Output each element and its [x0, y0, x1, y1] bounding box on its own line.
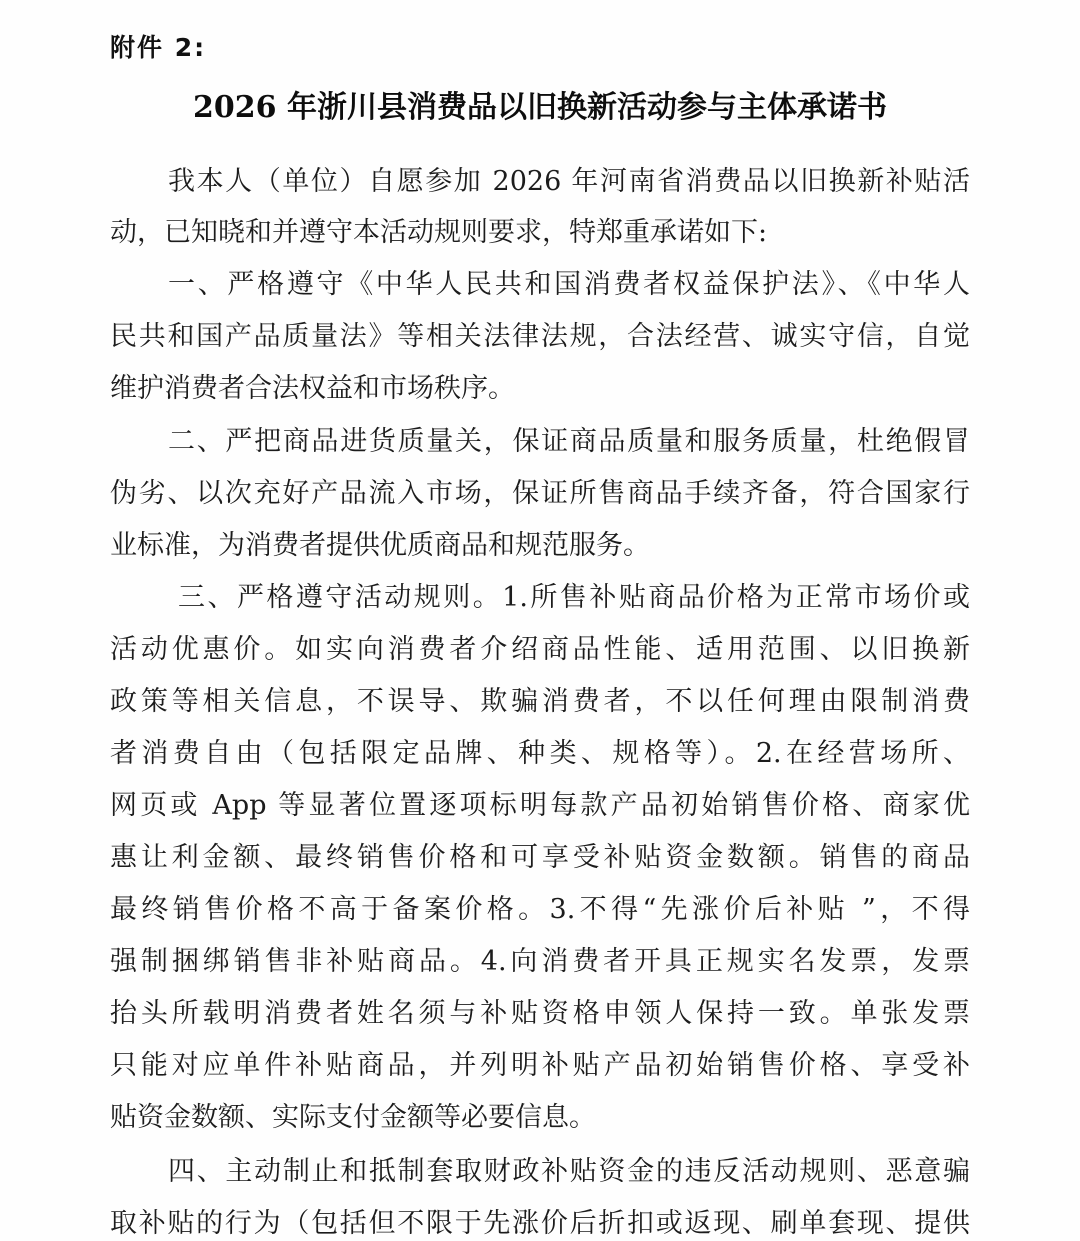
text-line: 只能对应单件补贴商品，并列明补贴产品初始销售价格、享受补 [110, 1046, 970, 1086]
text-line: 一、严格遵守《中华人民共和国消费者权益保护法》、《中华人 [168, 265, 970, 305]
text-line: 三、严格遵守活动规则。1.所售补贴商品价格为正常市场价或 [178, 578, 970, 618]
text-line: 维护消费者合法权益和市场秩序。 [110, 369, 970, 409]
text-line: 动，已知晓和并遵守本活动规则要求，特郑重承诺如下: [110, 213, 970, 253]
text-line: 我本人（单位）自愿参加 2026 年河南省消费品以旧换新补贴活 [168, 162, 970, 202]
text-line: 四、主动制止和抵制套取财政补贴资金的违反活动规则、恶意骗 [168, 1152, 970, 1192]
text-line: 者消费自由（包括限定品牌、种类、规格等）。2.在经营场所、 [110, 734, 970, 774]
text-line: 惠让利金额、最终销售价格和可享受补贴资金数额。销售的商品 [110, 838, 970, 878]
text-line: 抬头所载明消费者姓名须与补贴资格申领人保持一致。单张发票 [110, 994, 970, 1034]
document-title: 2026 年浙川县消费品以旧换新活动参与主体承诺书 [0, 82, 1080, 126]
text-line: 民共和国产品质量法》等相关法律法规，合法经营、诚实守信，自觉 [110, 317, 970, 357]
text-line: 二、严把商品进货质量关，保证商品质量和服务质量，杜绝假冒 [168, 422, 970, 462]
text-line: 业标准，为消费者提供优质商品和规范服务。 [110, 526, 970, 566]
attachment-label: 附件 2: [110, 28, 206, 64]
text-line: 网页或 App 等显著位置逐项标明每款产品初始销售价格、商家优 [110, 786, 970, 826]
text-line: 活动优惠价。如实向消费者介绍商品性能、适用范围、以旧换新 [110, 630, 970, 670]
text-line: 贴资金数额、实际支付金额等必要信息。 [110, 1098, 970, 1138]
text-line: 强制捆绑销售非补贴商品。4.向消费者开具正规实名发票，发票 [110, 942, 970, 982]
text-line: 伪劣、以次充好产品流入市场，保证所售商品手续齐备，符合国家行 [110, 474, 970, 514]
text-line: 政策等相关信息，不误导、欺骗消费者，不以任何理由限制消费 [110, 682, 970, 722]
document-page: 附件 2: 2026 年浙川县消费品以旧换新活动参与主体承诺书 我本人（单位）自… [0, 0, 1080, 1241]
text-line: 取补贴的行为（包括但不限于先涨价后折扣或返现、刷单套现、提供 [110, 1204, 970, 1241]
text-line: 最终销售价格不高于备案价格。3.不得“先涨价后补贴 ”，不得 [110, 890, 970, 930]
